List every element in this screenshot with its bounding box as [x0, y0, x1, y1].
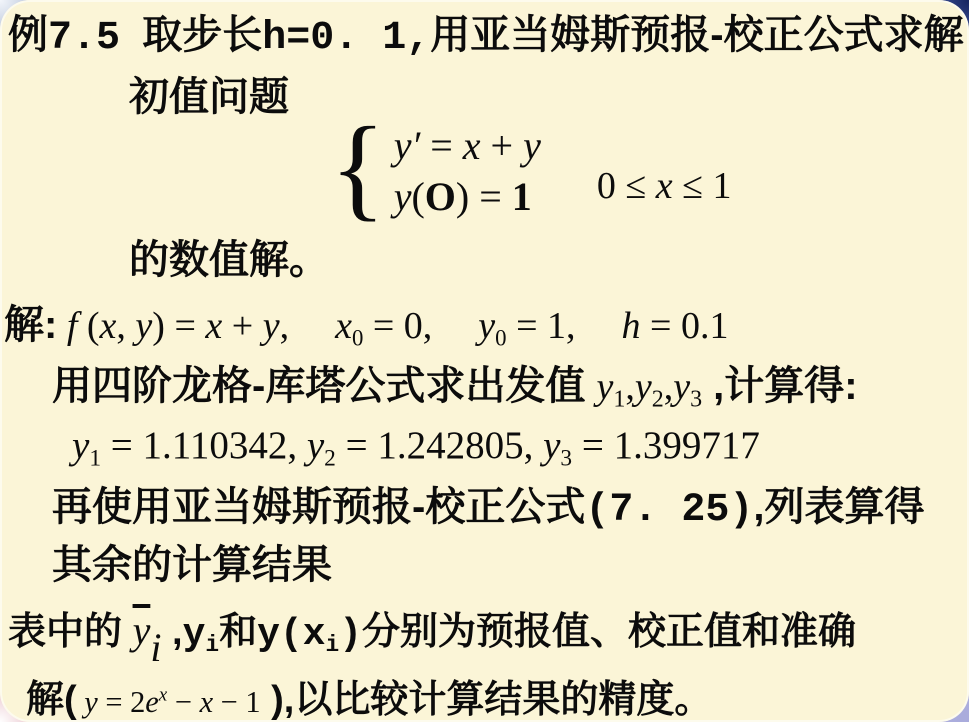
- text-segment: ≤ 1: [673, 165, 732, 207]
- ode-equation: y′ = x + y: [394, 121, 541, 171]
- text-segment: y(x: [257, 613, 325, 656]
- numeric-solution-label: 的数值解。: [129, 235, 969, 285]
- text-segment: −: [167, 685, 199, 719]
- text-segment: 2: [652, 387, 664, 413]
- text-segment: 解:: [4, 303, 57, 347]
- text-segment: 再使用亚当姆斯预报-校正公式: [52, 485, 585, 529]
- text-segment: y: [543, 424, 560, 467]
- text-segment: =: [420, 123, 463, 168]
- text-segment: ,: [280, 305, 290, 347]
- text-segment: i: [205, 632, 219, 658]
- text-segment: = 0.1: [641, 305, 729, 347]
- initial-condition: y(O) = 1: [394, 172, 541, 222]
- text-segment: ),以比较计算结果的精度。: [261, 679, 713, 721]
- solution-setup-line: 解: f (x, y) = x + y,x0 = 0,y0 = 1,h = 0.…: [4, 299, 969, 353]
- text-segment: 分别为预报值、校正值和准确: [362, 611, 856, 653]
- x-range: 0 ≤ x ≤ 1: [597, 164, 732, 208]
- text-segment: = 1.399717: [572, 424, 760, 467]
- text-segment: ): [339, 613, 362, 656]
- text-segment: 1: [89, 445, 101, 471]
- text-segment: x: [463, 123, 481, 168]
- adams-formula-line: 再使用亚当姆斯预报-校正公式(7. 25),列表算得: [52, 482, 969, 536]
- text-segment: − 1: [213, 685, 261, 719]
- ivp-system: { y′ = x + y y(O) = 1 0 ≤ x ≤ 1: [330, 117, 969, 227]
- text-segment: 1: [512, 174, 532, 219]
- text-segment: x: [100, 305, 117, 347]
- text-segment: y: [596, 366, 613, 408]
- text-segment: ,: [116, 305, 135, 347]
- text-segment: h=0. 1,: [262, 16, 430, 61]
- text-segment: 用四阶龙格-库塔公式求出发值: [52, 364, 596, 408]
- text-segment: O: [425, 174, 456, 219]
- ivp-label: 初值问题: [129, 72, 969, 122]
- text-segment: [57, 305, 67, 347]
- text-segment: y: [183, 613, 206, 656]
- remaining-results-line: 其余的计算结果: [52, 540, 969, 590]
- text-segment: 表中的: [8, 611, 133, 653]
- example-title-line: 例7.5 取步长h=0. 1,用亚当姆斯预报-校正公式求解: [8, 10, 969, 64]
- text-segment: y: [635, 366, 652, 408]
- system-equations: y′ = x + y y(O) = 1: [394, 121, 541, 222]
- text-segment: e: [145, 685, 159, 719]
- text-segment: y: [72, 424, 89, 467]
- text-segment: y: [135, 305, 152, 347]
- text-segment: 的数值解。: [129, 238, 329, 282]
- text-segment: = 1,: [507, 305, 576, 347]
- text-segment: = 1.110342,: [101, 424, 307, 467]
- text-segment: i: [150, 625, 161, 670]
- text-segment: x: [205, 305, 222, 347]
- left-brace-glyph: {: [330, 116, 386, 220]
- table-note-line-2: 解( y = 2ex − x − 1 ),以比较计算结果的精度。: [26, 676, 969, 722]
- text-segment: ,: [625, 366, 635, 408]
- text-segment: i: [326, 632, 340, 658]
- text-segment: 其余的计算结果: [52, 543, 332, 587]
- text-segment: y: [478, 305, 495, 347]
- text-segment: = 0,: [363, 305, 432, 347]
- text-segment: ) =: [456, 174, 512, 219]
- text-segment: x: [200, 685, 214, 719]
- text-segment: f: [67, 305, 78, 347]
- text-segment: = 1.242805,: [336, 424, 543, 467]
- text-segment: 0: [495, 325, 506, 350]
- text-segment: y: [133, 608, 151, 653]
- text-segment: y: [77, 685, 98, 719]
- text-segment: +: [481, 123, 524, 168]
- text-segment: 例: [8, 13, 48, 57]
- text-segment: x: [656, 165, 673, 207]
- text-segment: 7.5: [48, 16, 120, 61]
- text-segment: ) =: [152, 305, 205, 347]
- table-note-line-1: 表中的 yi ,yi和y(xi)分别为预报值、校正值和准确: [8, 603, 969, 676]
- text-segment: +: [222, 305, 262, 347]
- text-segment: y′: [394, 123, 421, 168]
- text-segment: y: [673, 366, 690, 408]
- text-segment: = 2: [98, 685, 146, 719]
- starting-values-line: y1 = 1.110342, y2 = 1.242805, y3 = 1.399…: [72, 421, 969, 474]
- text-segment: 0 ≤: [597, 165, 656, 207]
- text-segment: x: [159, 684, 167, 705]
- text-segment: y: [263, 305, 280, 347]
- text-segment: (7. 25): [585, 488, 753, 533]
- text-segment: 解(: [26, 679, 77, 721]
- text-segment: 1: [613, 387, 625, 413]
- text-segment: ,列表算得: [753, 485, 924, 529]
- text-segment: 和: [219, 611, 257, 653]
- text-segment: 用亚当姆斯预报-校正公式求解: [430, 13, 963, 57]
- text-segment: ,: [161, 611, 182, 653]
- text-segment: 初值问题: [129, 75, 289, 119]
- text-segment: 2: [324, 445, 336, 471]
- text-segment: y: [394, 174, 412, 219]
- text-segment: x: [335, 305, 352, 347]
- text-segment: (: [77, 305, 99, 347]
- text-segment: ,: [664, 366, 674, 408]
- text-segment: ,计算得:: [702, 364, 858, 408]
- text-segment: 0: [352, 325, 363, 350]
- text-segment: 3: [690, 387, 702, 413]
- text-segment: y: [523, 123, 541, 168]
- runge-kutta-line: 用四阶龙格-库塔公式求出发值 y1,y2,y3 ,计算得:: [52, 361, 969, 415]
- slide-panel: 例7.5 取步长h=0. 1,用亚当姆斯预报-校正公式求解 初值问题 { y′ …: [0, 0, 969, 722]
- text-segment: h: [622, 305, 641, 347]
- text-segment: (: [411, 174, 424, 219]
- text-segment: y: [307, 424, 324, 467]
- text-segment: 取步长: [120, 13, 262, 57]
- text-segment: 3: [560, 445, 572, 471]
